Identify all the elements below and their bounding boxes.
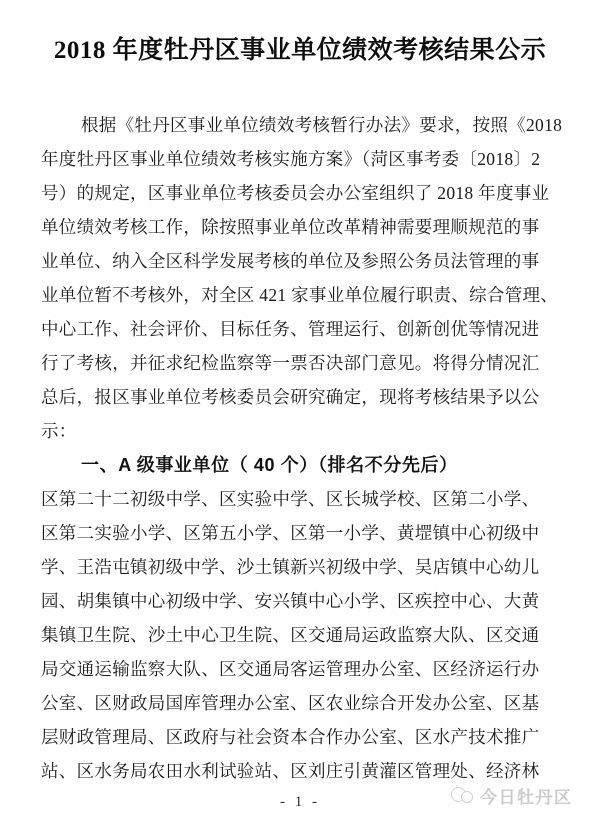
unit-list-line: 区第二实验小学、区第五小学、区第一小学、黄堽镇中心初级中 [41,516,567,550]
intro-line: 示： [41,414,567,448]
intro-line: 业单位暂不考核外，对全区 421 家事业单位履行职责、综合管理、 [41,278,567,312]
unit-list-line: 区第二十二初级中学、区实验中学、区长城学校、区第二小学、 [41,482,567,516]
section-a-heading: 一、A 级事业单位（ 40 个）（排名不分先后） [41,448,567,482]
intro-line: 根据《牡丹区事业单位绩效考核暂行办法》要求，按照《2018 [41,108,567,142]
unit-list-line: 园、胡集镇中心初级中学、安兴镇中心小学、区疾控中心、大黄 [41,584,567,618]
document-page: 2018 年度牡丹区事业单位绩效考核结果公示 根据《牡丹区事业单位绩效考核暂行办… [0,0,600,822]
intro-line: 中心工作、社会评价、目标任务、管理运行、创新创优等情况进 [41,312,567,346]
intro-line: 业单位、纳入全区科学发展考核的单位及参照公务员法管理的事 [41,244,567,278]
watermark: 今日牡丹区 [451,783,573,808]
intro-line: 行了考核，并征求纪检监察等一票否决部门意见。将得分情况汇 [41,346,567,380]
unit-list-line: 集镇卫生院、沙土中心卫生院、区交通局运政监察大队、区交通 [41,618,567,652]
intro-line: 单位绩效考核工作，除按照事业单位改革精神需要理顺规范的事 [41,210,567,244]
intro-line: 总后，报区事业单位考核委员会研究确定，现将考核结果予以公 [41,380,567,414]
intro-paragraph: 根据《牡丹区事业单位绩效考核暂行办法》要求，按照《2018 年度牡丹区事业单位绩… [41,108,567,448]
unit-list-line: 公室、区财政局国库管理办公室、区农业综合开发办公室、区基 [41,686,567,720]
intro-line: 年度牡丹区事业单位绩效考核实施方案》（菏区事考委〔2018〕2 [41,142,567,176]
unit-list-line: 学、王浩屯镇初级中学、沙土镇新兴初级中学、吴店镇中心幼儿 [41,550,567,584]
document-title: 2018 年度牡丹区事业单位绩效考核结果公示 [0,30,600,66]
watermark-text: 今日牡丹区 [480,783,573,808]
unit-list-line: 局交通运输监察大队、区交通局客运管理办公室、区经济运行办 [41,652,567,686]
today-mudanqu-logo-icon [451,786,475,806]
unit-list-paragraph: 区第二十二初级中学、区实验中学、区长城学校、区第二小学、 区第二实验小学、区第五… [41,482,567,788]
intro-line: 号）的规定，区事业单位考核委员会办公室组织了 2018 年度事业 [41,176,567,210]
unit-list-line: 层财政管理局、区政府与社会资本合作办公室、区水产技术推广 [41,720,567,754]
